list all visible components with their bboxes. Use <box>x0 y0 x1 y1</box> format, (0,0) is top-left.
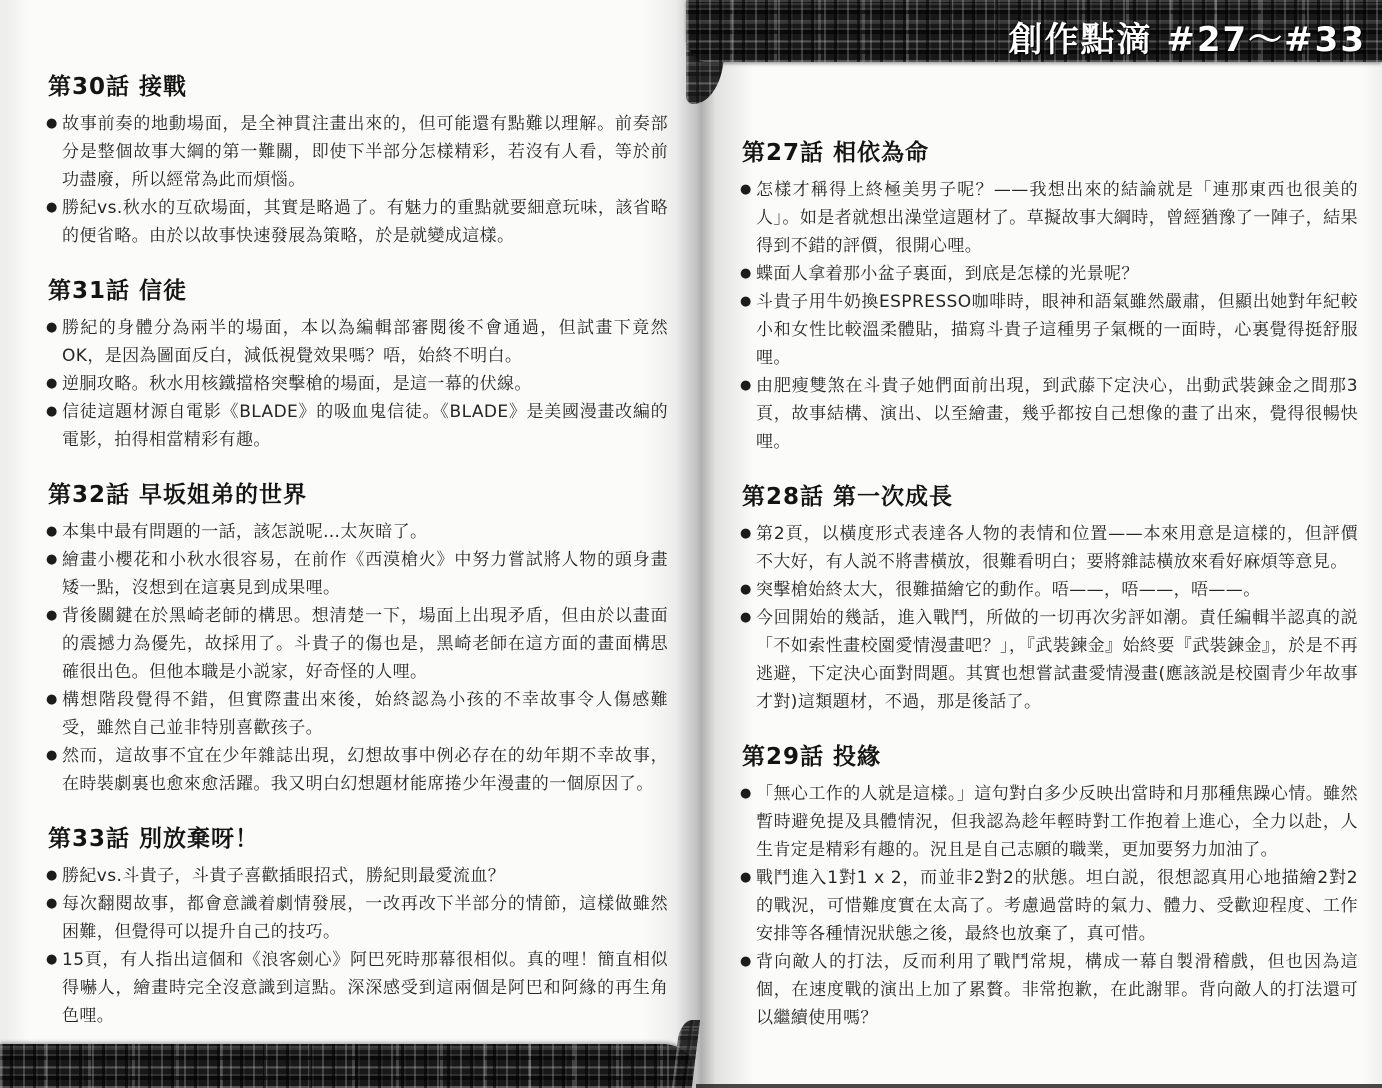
bullet-icon: ● <box>46 314 62 370</box>
bullet-icon: ● <box>46 370 62 398</box>
bullet-icon: ● <box>740 372 756 456</box>
section-list: ● 勝紀vs.斗貴子，斗貴子喜歡插眼招式，勝紀則最愛流血？ ● 每次翻閱故事，都… <box>46 862 668 1030</box>
bullet-text: 「無心工作的人就是這樣。」這句對白多少反映出當時和月那種焦躁心情。雖然暫時避免提… <box>756 780 1358 864</box>
bullet-item: ● 「無心工作的人就是這樣。」這句對白多少反映出當時和月那種焦躁心情。雖然暫時避… <box>740 780 1358 864</box>
section-ch33: 第33話 別放棄呀！ ● 勝紀vs.斗貴子，斗貴子喜歡插眼招式，勝紀則最愛流血？… <box>46 824 668 1030</box>
section-list: ● 勝紀的身體分為兩半的場面，本以為編輯部審閱後不會通過，但試畫下竟然OK，是因… <box>46 314 668 454</box>
header-band: 創作點滴 #27～#33 <box>686 0 1382 62</box>
bullet-icon: ● <box>740 604 756 716</box>
bullet-icon: ● <box>740 780 756 864</box>
bullet-item: ● 戰鬥進入1對1 x 2，而並非2對2的狀態。坦白説，很想認真用心地描繪2對2… <box>740 864 1358 948</box>
bullet-item: ● 斗貴子用牛奶換ESPRESSO咖啡時，眼神和語氣雖然嚴肅，但顯出她對年紀較小… <box>740 288 1358 372</box>
section-heading: 第30話 接戰 <box>48 72 668 102</box>
section-list: ● 本集中最有問題的一話，該怎説呢…太灰暗了。 ● 繪畫小櫻花和小秋水很容易，在… <box>46 518 668 798</box>
section-ch31: 第31話 信徒 ● 勝紀的身體分為兩半的場面，本以為編輯部審閱後不會通過，但試畫… <box>46 276 668 454</box>
bullet-text: 然而，這故事不宜在少年雜誌出現，幻想故事中例必存在的幼年期不幸故事，在時裝劇裏也… <box>62 742 668 798</box>
bullet-text: 戰鬥進入1對1 x 2，而並非2對2的狀態。坦白説，很想認真用心地描繪2對2的戰… <box>756 864 1358 948</box>
bullet-icon: ● <box>46 686 62 742</box>
bullet-icon: ● <box>46 946 62 1030</box>
bullet-text: 第2頁，以橫度形式表達各人物的表情和位置——本來用意是這樣的，但評價不大好，有人… <box>756 520 1358 576</box>
bullet-text: 本集中最有問題的一話，該怎説呢…太灰暗了。 <box>62 518 668 546</box>
bullet-icon: ● <box>740 864 756 948</box>
section-ch28: 第28話 第一次成長 ● 第2頁，以橫度形式表達各人物的表情和位置——本來用意是… <box>740 482 1358 716</box>
bullet-icon: ● <box>46 602 62 686</box>
bullet-item: ● 本集中最有問題的一話，該怎説呢…太灰暗了。 <box>46 518 668 546</box>
section-list: ● 怎樣才稱得上終極美男子呢？——我想出來的結論就是「連那東西也很美的人」。如是… <box>740 176 1358 456</box>
bullet-item: ● 由肥瘦雙煞在斗貴子她們面前出現，到武藤下定決心，出動武裝鍊金之間那3頁，故事… <box>740 372 1358 456</box>
bullet-icon: ● <box>740 948 756 1032</box>
right-page: 第27話 相依為命 ● 怎樣才稱得上終極美男子呢？——我想出來的結論就是「連那東… <box>740 138 1358 1058</box>
bullet-item: ● 逆胴攻略。秋水用核鐵擋格突擊槍的場面，是這一幕的伏線。 <box>46 370 668 398</box>
section-heading: 第28話 第一次成長 <box>742 482 1358 512</box>
section-list: ● 第2頁，以橫度形式表達各人物的表情和位置——本來用意是這樣的，但評價不大好，… <box>740 520 1358 716</box>
bullet-icon: ● <box>46 110 62 194</box>
bullet-item: ● 蝶面人拿着那小盆子裏面，到底是怎樣的光景呢？ <box>740 260 1358 288</box>
bullet-text: 逆胴攻略。秋水用核鐵擋格突擊槍的場面，是這一幕的伏線。 <box>62 370 668 398</box>
bullet-text: 構想階段覺得不錯，但實際畫出來後，始終認為小孩的不幸故事令人傷感難受，雖然自己並… <box>62 686 668 742</box>
bullet-text: 斗貴子用牛奶換ESPRESSO咖啡時，眼神和語氣雖然嚴肅，但顯出她對年紀較小和女… <box>756 288 1358 372</box>
bullet-item: ● 背後關鍵在於黑崎老師的構思。想清楚一下，場面上出現矛盾，但由於以畫面的震撼力… <box>46 602 668 686</box>
left-page: 第30話 接戰 ● 故事前奏的地動場面，是全神貫注畫出來的，但可能還有點難以理解… <box>46 72 668 1056</box>
section-ch30: 第30話 接戰 ● 故事前奏的地動場面，是全神貫注畫出來的，但可能還有點難以理解… <box>46 72 668 250</box>
bullet-item: ● 每次翻閱故事，都會意識着劇情發展，一改再改下半部分的情節，這樣做雖然困難，但… <box>46 890 668 946</box>
bullet-icon: ● <box>46 518 62 546</box>
bullet-item: ● 今回開始的幾話，進入戰鬥，所做的一切再次劣評如潮。責任編輯半認真的説「不如索… <box>740 604 1358 716</box>
bullet-text: 背向敵人的打法，反而利用了戰鬥常規，構成一幕自製滑稽戲，但也因為這個，在速度戰的… <box>756 948 1358 1032</box>
bullet-icon: ● <box>46 398 62 454</box>
bullet-item: ● 繪畫小櫻花和小秋水很容易，在前作《西漠槍火》中努力嘗試將人物的頭身畫矮一點，… <box>46 546 668 602</box>
section-list: ● 故事前奏的地動場面，是全神貫注畫出來的，但可能還有點難以理解。前奏部分是整個… <box>46 110 668 250</box>
bullet-item: ● 故事前奏的地動場面，是全神貫注畫出來的，但可能還有點難以理解。前奏部分是整個… <box>46 110 668 194</box>
bullet-icon: ● <box>46 546 62 602</box>
bullet-text: 繪畫小櫻花和小秋水很容易，在前作《西漠槍火》中努力嘗試將人物的頭身畫矮一點，沒想… <box>62 546 668 602</box>
bullet-item: ● 然而，這故事不宜在少年雜誌出現，幻想故事中例必存在的幼年期不幸故事，在時裝劇… <box>46 742 668 798</box>
section-heading: 第33話 別放棄呀！ <box>48 824 668 854</box>
bullet-text: 勝紀vs.秋水的互砍場面，其實是略過了。有魅力的重點就要細意玩味，該省略的便省略… <box>62 194 668 250</box>
bullet-icon: ● <box>740 288 756 372</box>
header-title: 創作點滴 #27～#33 <box>1009 12 1366 61</box>
bullet-text: 怎樣才稱得上終極美男子呢？——我想出來的結論就是「連那東西也很美的人」。如是者就… <box>756 176 1358 260</box>
bullet-item: ● 構想階段覺得不錯，但實際畫出來後，始終認為小孩的不幸故事令人傷感難受，雖然自… <box>46 686 668 742</box>
bullet-icon: ● <box>46 194 62 250</box>
bullet-item: ● 怎樣才稱得上終極美男子呢？——我想出來的結論就是「連那東西也很美的人」。如是… <box>740 176 1358 260</box>
bullet-text: 由肥瘦雙煞在斗貴子她們面前出現，到武藤下定決心，出動武裝鍊金之間那3頁，故事結構… <box>756 372 1358 456</box>
bullet-text: 每次翻閱故事，都會意識着劇情發展，一改再改下半部分的情節，這樣做雖然困難，但覺得… <box>62 890 668 946</box>
bullet-text: 信徒這題材源自電影《BLADE》的吸血鬼信徒。《BLADE》是美國漫畫改編的電影… <box>62 398 668 454</box>
bullet-icon: ● <box>740 176 756 260</box>
section-heading: 第29話 投緣 <box>742 742 1358 772</box>
section-heading: 第31話 信徒 <box>48 276 668 306</box>
section-heading: 第32話 早坂姐弟的世界 <box>48 480 668 510</box>
bullet-icon: ● <box>740 520 756 576</box>
bullet-icon: ● <box>740 576 756 604</box>
section-list: ● 「無心工作的人就是這樣。」這句對白多少反映出當時和月那種焦躁心情。雖然暫時避… <box>740 780 1358 1032</box>
bullet-icon: ● <box>46 742 62 798</box>
bullet-text: 背後關鍵在於黑崎老師的構思。想清楚一下，場面上出現矛盾，但由於以畫面的震撼力為優… <box>62 602 668 686</box>
section-heading: 第27話 相依為命 <box>742 138 1358 168</box>
bullet-text: 今回開始的幾話，進入戰鬥，所做的一切再次劣評如潮。責任編輯半認真的説「不如索性畫… <box>756 604 1358 716</box>
bullet-item: ● 突擊槍始終太大，很難描繪它的動作。唔——，唔——，唔——。 <box>740 576 1358 604</box>
bullet-text: 勝紀的身體分為兩半的場面，本以為編輯部審閱後不會通過，但試畫下竟然OK，是因為圖… <box>62 314 668 370</box>
bullet-text: 突擊槍始終太大，很難描繪它的動作。唔——，唔——，唔——。 <box>756 576 1358 604</box>
bullet-text: 15頁，有人指出這個和《浪客劍心》阿巴死時那幕很相似。真的哩！簡直相似得嚇人，繪… <box>62 946 668 1030</box>
bullet-icon: ● <box>46 890 62 946</box>
bullet-item: ● 15頁，有人指出這個和《浪客劍心》阿巴死時那幕很相似。真的哩！簡直相似得嚇人… <box>46 946 668 1030</box>
bullet-text: 故事前奏的地動場面，是全神貫注畫出來的，但可能還有點難以理解。前奏部分是整個故事… <box>62 110 668 194</box>
bullet-item: ● 勝紀的身體分為兩半的場面，本以為編輯部審閱後不會通過，但試畫下竟然OK，是因… <box>46 314 668 370</box>
footer-band-right-edge <box>696 1084 1382 1088</box>
bullet-item: ● 第2頁，以橫度形式表達各人物的表情和位置——本來用意是這樣的，但評價不大好，… <box>740 520 1358 576</box>
bullet-item: ● 信徒這題材源自電影《BLADE》的吸血鬼信徒。《BLADE》是美國漫畫改編的… <box>46 398 668 454</box>
bullet-icon: ● <box>740 260 756 288</box>
section-ch32: 第32話 早坂姐弟的世界 ● 本集中最有問題的一話，該怎説呢…太灰暗了。 ● 繪… <box>46 480 668 798</box>
section-ch27: 第27話 相依為命 ● 怎樣才稱得上終極美男子呢？——我想出來的結論就是「連那東… <box>740 138 1358 456</box>
bullet-icon: ● <box>46 862 62 890</box>
bullet-item: ● 勝紀vs.秋水的互砍場面，其實是略過了。有魅力的重點就要細意玩味，該省略的便… <box>46 194 668 250</box>
section-ch29: 第29話 投緣 ● 「無心工作的人就是這樣。」這句對白多少反映出當時和月那種焦躁… <box>740 742 1358 1032</box>
footer-band <box>0 1044 692 1088</box>
bullet-text: 勝紀vs.斗貴子，斗貴子喜歡插眼招式，勝紀則最愛流血？ <box>62 862 668 890</box>
bullet-item: ● 背向敵人的打法，反而利用了戰鬥常規，構成一幕自製滑稽戲，但也因為這個，在速度… <box>740 948 1358 1032</box>
bullet-text: 蝶面人拿着那小盆子裏面，到底是怎樣的光景呢？ <box>756 260 1358 288</box>
book-spread: 創作點滴 #27～#33 第30話 接戰 ● 故事前奏的地動場面，是全神貫注畫出… <box>0 0 1382 1088</box>
bullet-item: ● 勝紀vs.斗貴子，斗貴子喜歡插眼招式，勝紀則最愛流血？ <box>46 862 668 890</box>
